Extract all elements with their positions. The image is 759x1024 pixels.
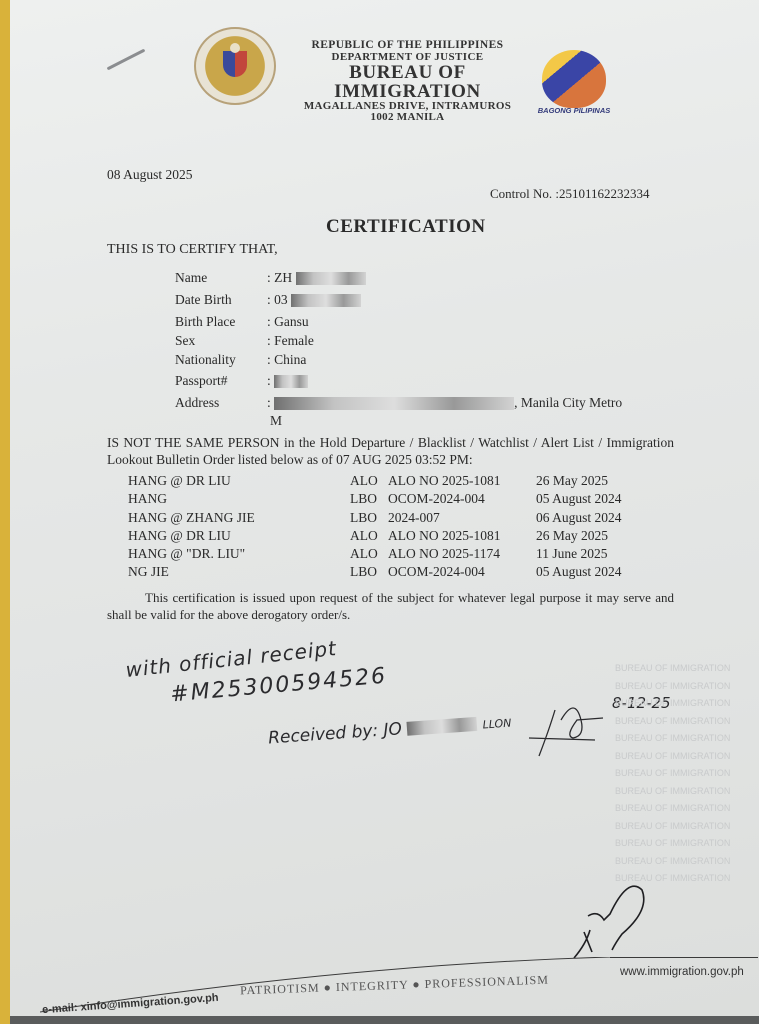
control-number: Control No. :25101162232334 — [490, 186, 650, 202]
document-date: 08 August 2025 — [107, 167, 193, 183]
field-sex: Sex: Female — [175, 333, 314, 349]
redaction — [407, 717, 478, 736]
watermark-line: BUREAU OF IMMIGRATION — [615, 818, 755, 836]
watermark-line: BUREAU OF IMMIGRATION — [615, 678, 755, 696]
header-line-republic: REPUBLIC OF THE PHILIPPINES — [280, 40, 535, 52]
redaction — [296, 272, 366, 285]
control-number-value: :25101162232334 — [555, 186, 649, 201]
page-edge-shadow — [10, 1016, 759, 1024]
watermark: BUREAU OF IMMIGRATIONBUREAU OF IMMIGRATI… — [615, 660, 755, 888]
certify-intro: THIS IS TO CERTIFY THAT, — [107, 242, 278, 258]
footer-website: www.immigration.gov.ph — [620, 966, 744, 978]
handwritten-received-by: Received by: JO LLON — [268, 712, 512, 749]
redaction — [274, 397, 514, 410]
redaction — [274, 375, 308, 388]
watermark-line: BUREAU OF IMMIGRATION — [615, 765, 755, 783]
field-nationality: Nationality: China — [175, 352, 306, 368]
watermark-line: BUREAU OF IMMIGRATION — [615, 660, 755, 678]
certificate-page: REPUBLIC OF THE PHILIPPINES DEPARTMENT O… — [10, 0, 759, 1024]
field-address: Address: , Manila City Metro — [175, 395, 622, 411]
watermark-line: BUREAU OF IMMIGRATION — [615, 748, 755, 766]
field-birth-place: Birth Place: Gansu — [175, 314, 309, 330]
statement-paragraph: IS NOT THE SAME PERSON in the Hold Depar… — [107, 434, 674, 468]
header-address-1: MAGALLANES DRIVE, INTRAMUROS — [280, 101, 535, 112]
bagong-pilipinas-logo-icon — [542, 50, 606, 108]
field-name: Name: ZH — [175, 270, 366, 286]
header-agency: BUREAU OF IMMIGRATION — [280, 63, 535, 101]
field-passport: Passport#: — [175, 373, 308, 389]
staple — [107, 49, 146, 71]
closing-paragraph: This certification is issued upon reques… — [107, 589, 674, 623]
letterhead: REPUBLIC OF THE PHILIPPINES DEPARTMENT O… — [280, 40, 535, 123]
signature-line — [610, 957, 758, 958]
watermark-line: BUREAU OF IMMIGRATION — [615, 730, 755, 748]
control-number-label: Control No. — [490, 186, 552, 201]
watermark-line: BUREAU OF IMMIGRATION — [615, 800, 755, 818]
redaction — [291, 294, 361, 307]
watermark-line: BUREAU OF IMMIGRATION — [615, 853, 755, 871]
watermark-line: BUREAU OF IMMIGRATION — [615, 695, 755, 713]
watermark-line: BUREAU OF IMMIGRATION — [615, 783, 755, 801]
field-address-line2: M — [270, 413, 282, 429]
watermark-line: BUREAU OF IMMIGRATION — [615, 713, 755, 731]
receiver-signature-icon — [525, 690, 615, 760]
header-address-2: 1002 MANILA — [280, 112, 535, 123]
watermark-line: BUREAU OF IMMIGRATION — [615, 835, 755, 853]
bureau-seal-icon — [194, 27, 276, 105]
document-title: CERTIFICATION — [326, 216, 486, 238]
header-line-department: DEPARTMENT OF JUSTICE — [280, 52, 535, 63]
bagong-pilipinas-text: BAGONG PILIPINAS — [530, 106, 618, 115]
field-date-birth: Date Birth: 03 — [175, 292, 361, 308]
